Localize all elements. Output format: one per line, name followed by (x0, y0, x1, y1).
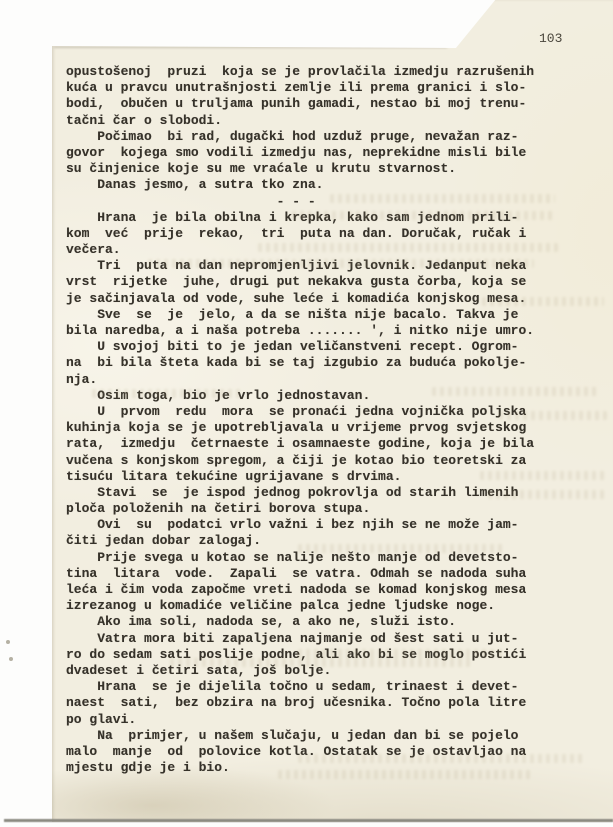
text-line: nja. (66, 372, 534, 388)
paper-top-edge-shadow (54, 46, 447, 48)
bleed-through-mark (148, 259, 534, 268)
text-line: rata, izmedju četrnaeste i osamnaeste go… (66, 436, 534, 452)
text-line: Ako ima soli, nadoda se, a ako ne, služi… (66, 614, 534, 630)
paper-sheet: 103 opustošenoj pruzi koja se je provlač… (52, 0, 613, 822)
text-line: po glavi. (66, 712, 534, 728)
text-line: tisuću litara tekućine ugrijavane s drvi… (66, 469, 534, 485)
page-number: 103 (539, 31, 562, 46)
text-line: bila naredba, a i naša potreba ....... '… (66, 323, 534, 339)
bleed-through-mark (292, 211, 554, 220)
text-line: Vatra mora biti zapaljena najmanje od še… (66, 631, 534, 647)
ink-speck (9, 657, 13, 661)
text-line: su činjenice koje su me vraćale u krutu … (66, 161, 534, 177)
bleed-through-mark (488, 490, 606, 499)
text-line: govor kojega smo vodili izmedju nas, nep… (66, 145, 534, 161)
text-line: izrezanog u komadiće veličine palca jedn… (66, 598, 534, 614)
bleed-through-mark (432, 387, 600, 396)
bleed-through-mark (278, 770, 533, 779)
body-text: opustošenoj pruzi koja se je provlačila … (66, 64, 534, 776)
text-line: ploča položenih na četiri borova stupa. (66, 501, 534, 517)
text-line: Hrana se je dijelila točno u sedam, trin… (66, 679, 534, 695)
text-line: naest sati, bez obzira na broj učesnika.… (66, 695, 534, 711)
text-line: vrst rijetke juhe, drugi put nekakva gus… (66, 274, 534, 290)
bleed-through-mark (170, 658, 470, 667)
ink-speck (6, 640, 10, 644)
bleed-through-mark (298, 649, 503, 658)
text-line: na bi bila šteta kada bi se taj izgubio … (66, 355, 534, 371)
text-line: opustošenoj pruzi koja se je provlačila … (66, 64, 534, 80)
text-line: vučena s konjskom spregom, a čiji je kot… (66, 453, 534, 469)
bleed-through-mark (499, 411, 607, 420)
bleed-through-mark (330, 194, 555, 203)
text-line: U svojoj biti to je jedan veličanstveni … (66, 339, 534, 355)
text-line: leća i čim voda započme vreti nadoda se … (66, 582, 534, 598)
text-line: Danas jesmo, a sutra tko zna. (66, 177, 534, 193)
bleed-through-mark (92, 389, 242, 398)
text-line: tačni čar o slobodi. (66, 113, 534, 129)
text-line: Sve se je jelo, a da se ništa nije bacal… (66, 307, 534, 323)
text-line: kuća u pravcu unutrašnjosti zemlje ili p… (66, 80, 534, 96)
text-line: kuhinja koja se je upotrebljavala u vrij… (66, 420, 534, 436)
text-line: kom već prije rekao, tri puta na dan. Do… (66, 226, 534, 242)
bleed-through-mark (482, 297, 604, 306)
bleed-through-mark (480, 471, 608, 480)
scanned-document-page: 103 opustošenoj pruzi koja se je provlač… (0, 0, 613, 827)
text-line: je sačinjavala od vode, suhe leće i koma… (66, 291, 534, 307)
text-line: Na primjer, u našem slučaju, u jedan dan… (66, 728, 534, 744)
bleed-through-mark (298, 544, 503, 553)
text-line: Stavi se je ispod jednog pokrovlja od st… (66, 485, 534, 501)
bleed-through-mark (258, 243, 558, 252)
text-line: U prvom redu mora se pronaći jedna vojni… (66, 404, 534, 420)
text-line: Ovi su podatci vrlo važni i bez njih se … (66, 517, 534, 533)
text-line: Počimao bi rad, dugački hod uzduž pruge,… (66, 129, 534, 145)
text-line: bodi, obučen u truljama punih gamadi, ne… (66, 96, 534, 112)
scan-edge-line (4, 819, 613, 822)
text-line: tina litara vode. Zapali se vatra. Odmah… (66, 566, 534, 582)
bleed-through-mark (298, 754, 583, 763)
